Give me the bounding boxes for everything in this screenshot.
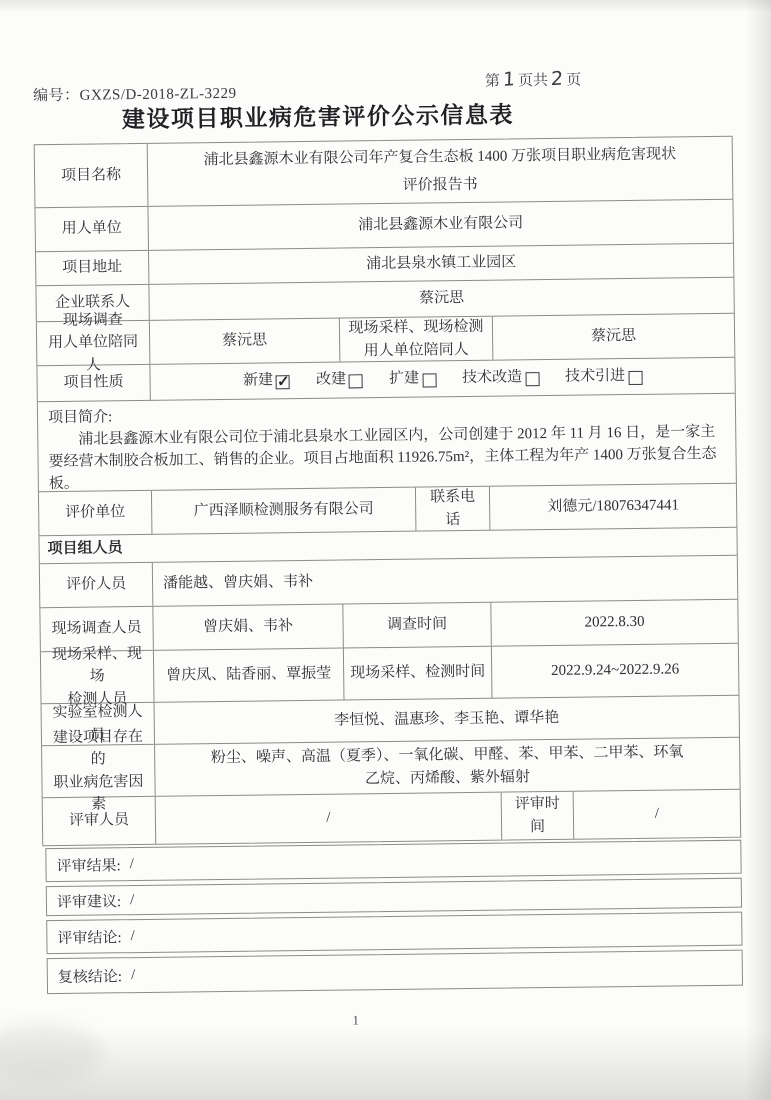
review-suggestion-value: / [130, 892, 134, 909]
project-name-value: 浦北县鑫源木业有限公司年产复合生态板 1400 万张项目职业病危害现状 评价报告… [147, 137, 733, 206]
review-suggestion-label: 评审建议: [57, 890, 121, 912]
row-review-suggestion: 评审建议: / [46, 878, 742, 917]
sampling-value: 曾庆凤、陆香丽、覃振莹 [153, 649, 344, 702]
survey-value: 曾庆娟、韦补 [152, 605, 343, 650]
sampling-time-value: 2022.9.24~2022.9.26 [491, 644, 739, 698]
sampling-escort-value: 蔡沅思 [492, 314, 735, 360]
nature-options: 新建 改建 扩建 技术改造 技术引进 [149, 358, 734, 400]
row-review-conclusion: 评审结论: / [46, 912, 742, 955]
survey-time-label: 调查时间 [342, 603, 491, 648]
eval-people-value: 潘能越、曾庆娟、韦补 [152, 556, 737, 606]
row-employer: 用人单位 浦北县鑫源木业有限公司 [35, 199, 732, 252]
nature-label: 项目性质 [37, 365, 149, 401]
intro-paragraph: 浦北县鑫源木业有限公司位于浦北县泉水工业园区内，公司创建于 2012 年 11 … [48, 421, 724, 495]
escort-label: 现场调查 用人单位陪同人 [37, 321, 150, 365]
scan-shadow-right [745, 0, 771, 1100]
sampling-label: 现场采样、现场 检测人员 [41, 651, 154, 703]
nature-option-1: 改建 [316, 369, 363, 392]
row-review-result: 评审结果: / [45, 840, 741, 883]
evaluator-value: 广西泽顺检测服务有限公司 [151, 488, 416, 534]
sampling-escort-label: 现场采样、现场检测 用人单位陪同人 [339, 317, 493, 362]
nature-option-2: 扩建 [389, 368, 436, 391]
row-intro: 项目简介: 浦北县鑫源木业有限公司位于浦北县泉水工业园区内，公司创建于 2012… [38, 393, 736, 492]
contact-value: 蔡沅思 [148, 278, 733, 320]
scanned-page: 编号：GXZS/D-2018-ZL-3229 第1页共2页 建设项目职业病危害评… [0, 0, 771, 1100]
review-conclusion-value: / [130, 928, 134, 945]
nature-option-0: 新建 [243, 369, 290, 392]
address-label: 项目地址 [36, 251, 148, 285]
employer-label: 用人单位 [35, 207, 148, 251]
footer-page-number: 1 [352, 1012, 359, 1028]
page-indicator: 第1页共2页 [485, 68, 581, 91]
review-value: / [155, 793, 502, 844]
recheck-conclusion-value: / [131, 967, 135, 984]
evaluator-label: 评价单位 [39, 491, 152, 535]
intro-cell: 项目简介: 浦北县鑫源木业有限公司位于浦北县泉水工业园区内，公司创建于 2012… [38, 394, 736, 492]
review-result-value: / [130, 856, 134, 873]
recheck-conclusion-label: 复核结论: [58, 965, 122, 987]
review-time-label: 评审时 间 [501, 792, 574, 840]
page-total-number: 2 [548, 67, 567, 90]
page-indicator-prefix: 第 [485, 74, 500, 90]
checkbox-icon [422, 373, 436, 387]
project-name-label: 项目名称 [35, 144, 148, 207]
hazards-value: 粉尘、噪声、高温（夏季）、一氧化碳、甲醛、苯、甲苯、二甲苯、环氧 乙烷、丙烯酸、… [154, 738, 740, 796]
page-content: 编号：GXZS/D-2018-ZL-3229 第1页共2页 建设项目职业病危害评… [0, 0, 771, 1100]
lab-value: 李恒悦、温惠珍、李玉艳、谭华艳 [154, 696, 739, 744]
row-recheck-conclusion: 复核结论: / [47, 950, 743, 995]
scan-shadow-top [0, 0, 771, 12]
review-conclusion-label: 评审结论: [57, 926, 121, 948]
phone-value: 刘德元/18076347441 [489, 484, 737, 530]
row-hazards: 建设项目存在的 职业病危害因素 粉尘、噪声、高温（夏季）、一氧化碳、甲醛、苯、甲… [42, 737, 740, 798]
checkbox-icon [525, 372, 539, 386]
row-escort: 现场调查 用人单位陪同人 蔡沅思 现场采样、现场检测 用人单位陪同人 蔡沅思 [37, 313, 734, 366]
row-evaluator: 评价单位 广西泽顺检测服务有限公司 联系电 话 刘德元/18076347441 [39, 483, 736, 536]
nature-option-3: 技术改造 [462, 366, 539, 389]
row-sampling: 现场采样、现场 检测人员 曾庆凤、陆香丽、覃振莹 现场采样、检测时间 2022.… [41, 643, 739, 704]
hazards-label: 建设项目存在的 职业病危害因素 [42, 745, 155, 797]
page-indicator-middle: 页共 [518, 73, 548, 89]
info-table: 项目名称 浦北县鑫源木业有限公司年产复合生态板 1400 万张项目职业病危害现状… [34, 136, 742, 846]
scan-shadow-bottom [0, 1028, 771, 1100]
survey-time-value: 2022.8.30 [490, 600, 738, 646]
sampling-time-label: 现场采样、检测时间 [343, 647, 492, 700]
phone-label: 联系电 话 [415, 487, 490, 531]
row-eval-people: 评价人员 潘能越、曾庆娟、韦补 [40, 555, 737, 608]
review-label: 评审人员 [43, 797, 156, 845]
eval-people-label: 评价人员 [40, 563, 153, 607]
review-result-label: 评审结果: [56, 854, 120, 876]
row-project-name: 项目名称 浦北县鑫源木业有限公司年产复合生态板 1400 万张项目职业病危害现状… [35, 137, 733, 208]
escort-value: 蔡沅思 [149, 319, 340, 364]
page-indicator-suffix: 页 [566, 73, 581, 89]
employer-value: 浦北县鑫源木业有限公司 [147, 200, 732, 250]
page-title: 建设项目职业病危害评价公示信息表 [0, 95, 641, 136]
checkbox-checked-icon [276, 375, 290, 389]
nature-option-4: 技术引进 [565, 365, 642, 388]
page-current-number: 1 [499, 68, 518, 91]
checkbox-icon [349, 374, 363, 388]
review-time-value: / [573, 790, 741, 839]
checkbox-icon [628, 370, 642, 384]
row-review: 评审人员 / 评审时 间 / [43, 789, 741, 846]
